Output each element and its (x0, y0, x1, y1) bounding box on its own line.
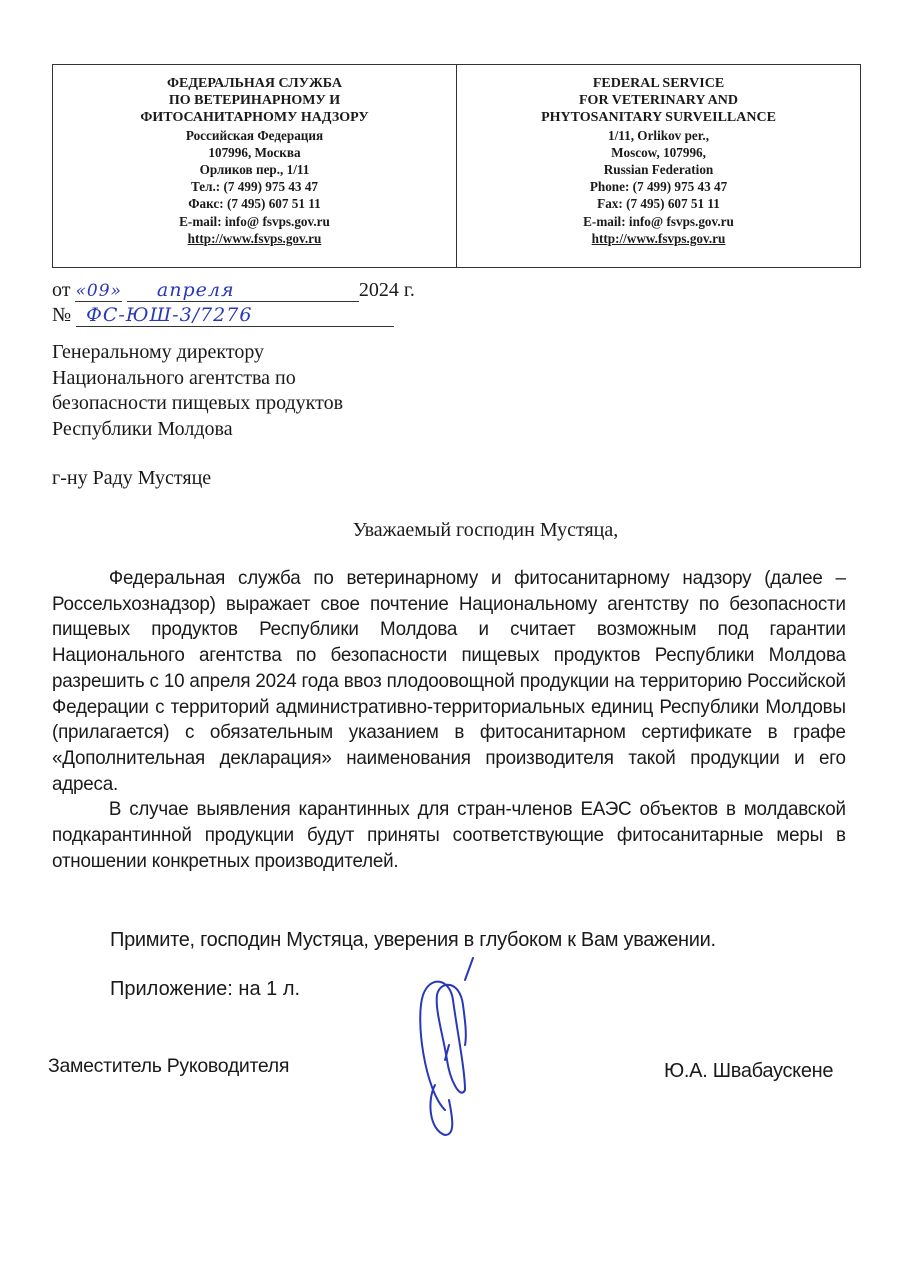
letterhead-english: FEDERAL SERVICE FOR VETERINARY AND PHYTO… (457, 65, 860, 267)
lh-ru-line: Российская Федерация (53, 127, 456, 144)
letterhead-russian: ФЕДЕРАЛЬНАЯ СЛУЖБА ПО ВЕТЕРИНАРНОМУ И ФИ… (53, 65, 457, 267)
signer-position: Заместитель Руководителя (48, 1055, 289, 1078)
lh-ru-line: E-mail: info@ fsvps.gov.ru (53, 213, 456, 230)
lh-en-line: E-mail: info@ fsvps.gov.ru (457, 213, 860, 230)
letter-body: Федеральная служба по ветеринарному и фи… (52, 566, 846, 874)
lh-en-line: Phone: (7 499) 975 43 47 (457, 178, 860, 195)
addressee-line: Республики Молдова (52, 417, 343, 443)
number-line: № ФС-ЮШ-3/7276 (52, 304, 394, 327)
lh-ru-line: Тел.: (7 499) 975 43 47 (53, 178, 456, 195)
lh-en-line: Fax: (7 495) 607 51 11 (457, 195, 860, 212)
body-paragraph: Федеральная служба по ветеринарному и фи… (52, 566, 846, 797)
lh-en-line: Moscow, 107996, (457, 144, 860, 161)
date-day: «09» (75, 281, 121, 302)
addressee-line: Национального агентства по (52, 366, 343, 392)
closing: Примите, господин Мустяца, уверения в гл… (110, 929, 716, 952)
lh-ru-line: ПО ВЕТЕРИНАРНОМУ И (53, 92, 456, 109)
signature-icon (405, 950, 515, 1140)
addressee-line: безопасности пищевых продуктов (52, 391, 343, 417)
website-link-en[interactable]: http://www.fsvps.gov.ru (457, 230, 860, 247)
attachment-note: Приложение: на 1 л. (110, 978, 300, 1001)
lh-en-line: PHYTOSANITARY SURVEILLANCE (457, 109, 860, 126)
letterhead: ФЕДЕРАЛЬНАЯ СЛУЖБА ПО ВЕТЕРИНАРНОМУ И ФИ… (52, 64, 861, 268)
lh-ru-line: Факс: (7 495) 607 51 11 (53, 195, 456, 212)
lh-ru-line: 107996, Москва (53, 144, 456, 161)
lh-ru-line: ФЕДЕРАЛЬНАЯ СЛУЖБА (53, 75, 456, 92)
number-prefix: № (52, 304, 71, 326)
date-line: от «09» апреля2024 г. (52, 279, 415, 302)
date-prefix: от (52, 279, 70, 301)
lh-ru-line: ФИТОСАНИТАРНОМУ НАДЗОРУ (53, 109, 456, 126)
addressee-line: Генеральному директору (52, 340, 343, 366)
addressee-name: г-ну Раду Мустяце (52, 467, 211, 490)
signer-name: Ю.А. Швабаускене (664, 1060, 833, 1083)
document-number: ФС-ЮШ-3/7276 (76, 304, 394, 327)
addressee: Генеральному директору Национального аге… (52, 340, 343, 442)
lh-en-line: 1/11, Orlikov per., (457, 127, 860, 144)
lh-ru-line: Орликов пер., 1/11 (53, 161, 456, 178)
lh-en-line: Russian Federation (457, 161, 860, 178)
date-month: апреля (127, 279, 359, 302)
date-year: 2024 г. (359, 279, 415, 301)
lh-en-line: FEDERAL SERVICE (457, 75, 860, 92)
lh-en-line: FOR VETERINARY AND (457, 92, 860, 109)
website-link-ru[interactable]: http://www.fsvps.gov.ru (53, 230, 456, 247)
greeting: Уважаемый господин Мустяца, (0, 519, 911, 542)
body-paragraph: В случае выявления карантинных для стран… (52, 797, 846, 874)
